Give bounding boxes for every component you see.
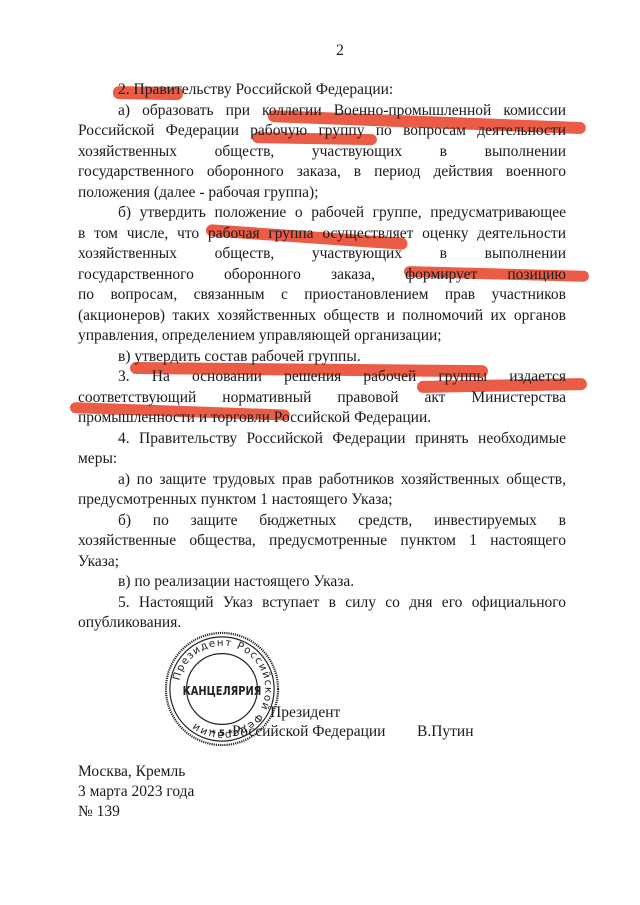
issue-details: Москва, Кремль 3 марта 2023 года № 139 (78, 762, 194, 822)
text-line: по вопросам, связанным с приостановление… (78, 285, 566, 306)
text-line: хозяйственных обществ, участвующих в вып… (78, 244, 566, 265)
text-line: предусмотренных пунктом 1 настоящего Ука… (78, 490, 566, 511)
text-line: меры: (78, 449, 566, 470)
decree-body: 2. Правительству Российской Федерации: а… (78, 80, 566, 634)
svg-text:КАНЦЕЛЯРИЯ: КАНЦЕЛЯРИЯ (183, 684, 262, 699)
text-line: 3. На основании решения рабочей группы и… (78, 367, 566, 388)
text-line: 4. Правительству Российской Федерации пр… (78, 429, 566, 450)
text-line: опубликования. (78, 613, 566, 634)
signature-title-line1: Президент (270, 704, 340, 722)
text-line: хозяйственные общества, предусмотренные … (78, 531, 566, 552)
svg-text:* 5 *: * 5 * (211, 729, 233, 739)
text-line: 5. Настоящий Указ вступает в силу со дня… (78, 593, 566, 614)
text-line: хозяйственных обществ, участвующих в вып… (78, 142, 566, 163)
text-line: промышленности и торговли Российской Фед… (78, 408, 566, 429)
page-number: 2 (0, 42, 640, 60)
decree-number: № 139 (78, 802, 194, 822)
text-line: Указа; (78, 552, 566, 573)
text-line: б) по защите бюджетных средств, инвестир… (78, 511, 566, 532)
text-line: положения (далее - рабочая группа); (78, 183, 566, 204)
text-line: (акционеров) таких хозяйственных обществ… (78, 306, 566, 327)
text-line: б) утвердить положение о рабочей группе,… (78, 203, 566, 224)
issue-date: 3 марта 2023 года (78, 782, 194, 802)
text-line: управления, определением управляющей орг… (78, 326, 566, 347)
text-line: а) по защите трудовых прав работников хо… (78, 470, 566, 491)
text-line: в том числе, что рабочая группа осуществ… (78, 224, 566, 245)
signature-title-line2: Российской Федерации (232, 723, 385, 741)
text-line: государственного оборонного заказа, в пе… (78, 162, 566, 183)
text-line: а) образовать при коллегии Военно-промыш… (78, 101, 566, 122)
issue-location: Москва, Кремль (78, 762, 194, 782)
text-line: Российской Федерации рабочую группу по в… (78, 121, 566, 142)
text-line: соответствующий нормативный правовой акт… (78, 388, 566, 409)
signatory-name: В.Путин (417, 723, 474, 741)
text-line: в) утвердить состав рабочей группы. (78, 347, 566, 368)
text-line: государственного оборонного заказа, форм… (78, 265, 566, 286)
text-line: 2. Правительству Российской Федерации: (78, 80, 566, 101)
text-line: в) по реализации настоящего Указа. (78, 572, 566, 593)
document-page: 2 2. Правительству Российской Федерации:… (0, 0, 640, 905)
